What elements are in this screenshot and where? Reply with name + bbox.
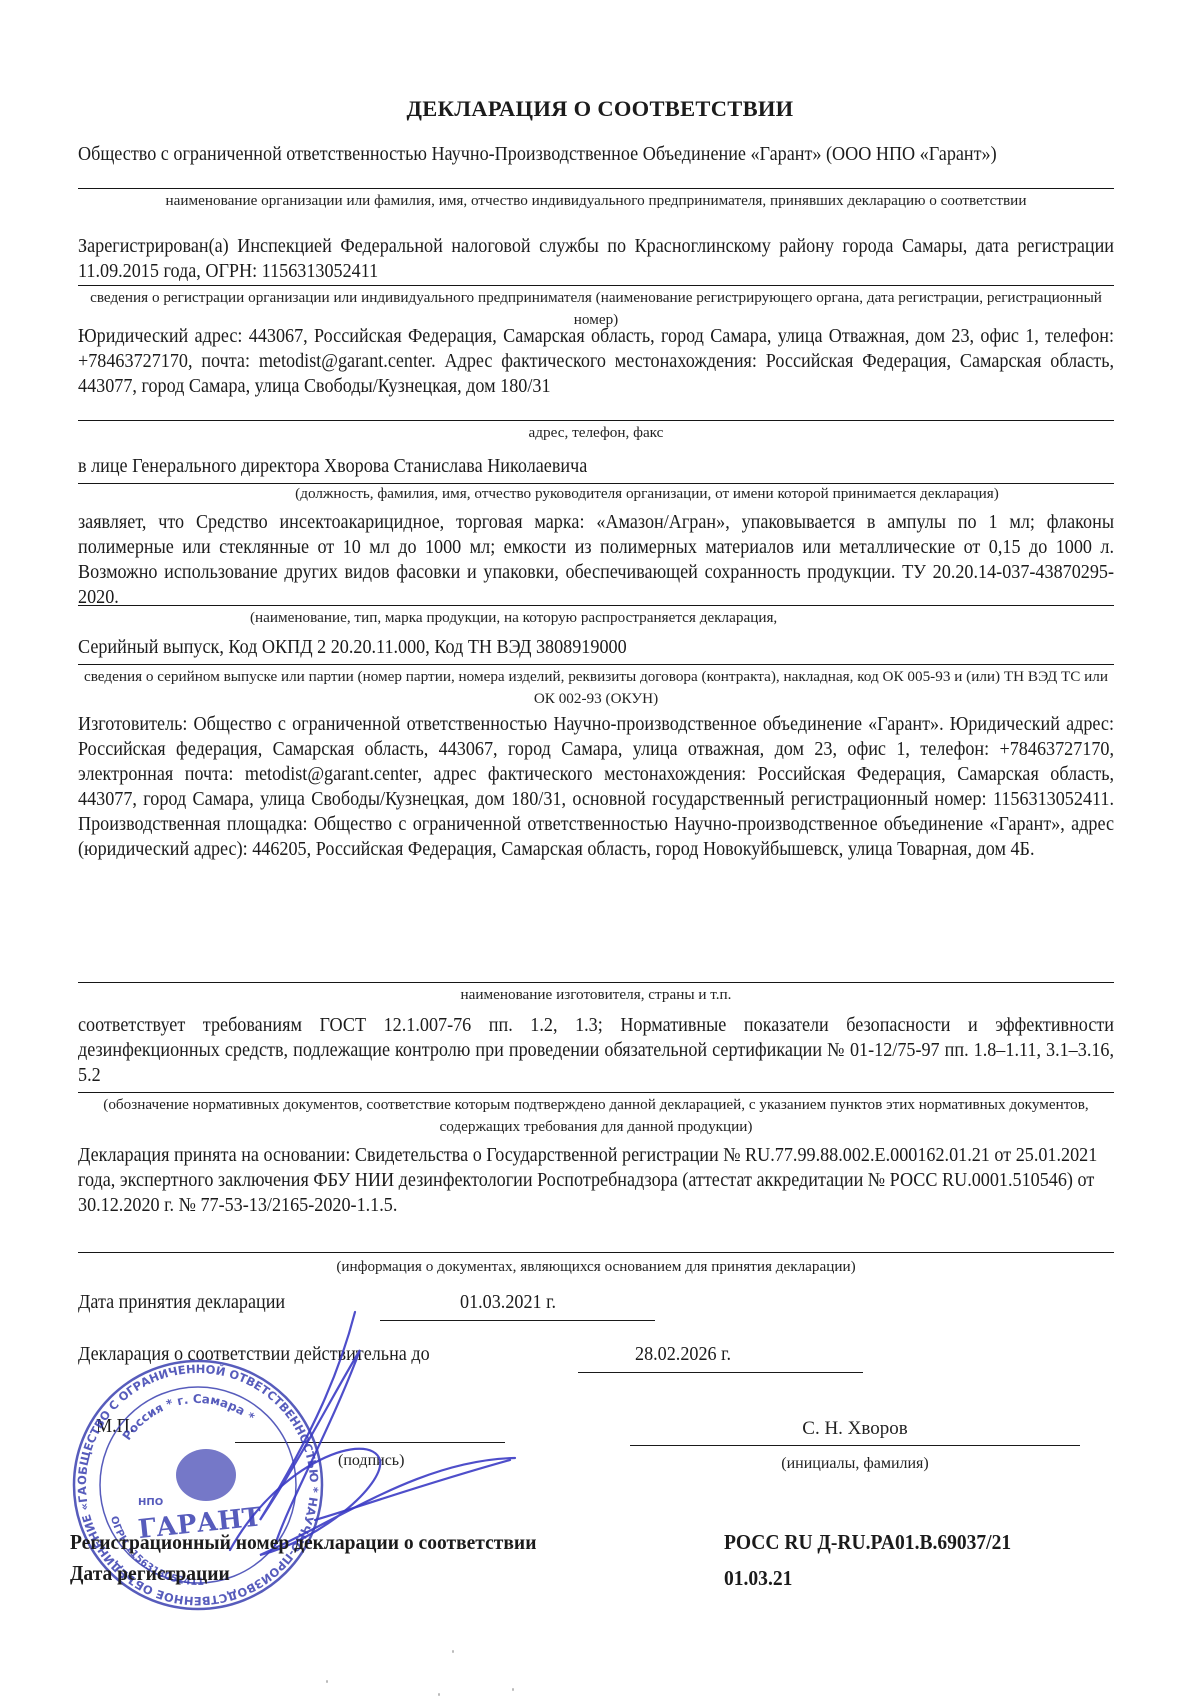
serial-text: Серийный выпуск, Код ОКПД 2 20.20.11.000…: [78, 637, 627, 659]
basis-rule: [78, 1252, 1114, 1253]
registration-text: Зарегистрирован(а) Инспекцией Федерально…: [78, 234, 1114, 284]
basis-text: Декларация принята на основании: Свидете…: [78, 1143, 1114, 1218]
signer-name: С. Н. Хворов: [630, 1418, 1080, 1440]
declaration-page: ДЕКЛАРАЦИЯ О СООТВЕТСТВИИ Общество с огр…: [0, 0, 1200, 1702]
manufacturer-rule: [78, 982, 1114, 983]
accepted-date-value: 01.03.2021 г.: [460, 1292, 556, 1314]
serial-caption: сведения о серийном выпуске или партии (…: [78, 666, 1114, 710]
signature-rule: [235, 1442, 505, 1443]
svg-text:НПО: НПО: [138, 1497, 163, 1508]
address-text: Юридический адрес: 443067, Российская Фе…: [78, 324, 1114, 399]
manufacturer-caption: наименование изготовителя, страны и т.п.: [78, 984, 1114, 1006]
representative-prefix: в лице: [78, 456, 132, 477]
valid-until-value: 28.02.2026 г.: [635, 1344, 731, 1366]
registration-section: Зарегистрирован(а) Инспекцией Федерально…: [78, 234, 1114, 284]
standards-section: соответствует требованиям ГОСТ 12.1.007-…: [78, 1013, 1114, 1088]
valid-until-rule: [578, 1372, 863, 1373]
signer-rule: [630, 1445, 1080, 1446]
scan-artifact: [326, 1680, 328, 1683]
address-caption: адрес, телефон, факс: [78, 422, 1114, 444]
accepted-date-label: Дата принятия декларации: [78, 1292, 285, 1314]
applicant-text: Общество с ограниченной ответственностью…: [78, 142, 1114, 167]
product-text: заявляет, что Средство инсектоакарицидно…: [78, 510, 1114, 610]
accepted-date-rule: [380, 1320, 655, 1321]
representative-text: Генерального директора Хворова Станислав…: [132, 456, 587, 477]
representative-line: в лице Генерального директора Хворова Ст…: [78, 456, 587, 478]
standards-text: соответствует требованиям ГОСТ 12.1.007-…: [78, 1013, 1114, 1088]
registration-date-label: Дата регистрации: [70, 1561, 230, 1586]
scan-artifact: [452, 1650, 454, 1653]
basis-section: Декларация принята на основании: Свидете…: [78, 1143, 1114, 1218]
product-section: заявляет, что Средство инсектоакарицидно…: [78, 510, 1114, 610]
product-rule: [78, 605, 1114, 606]
standards-rule: [78, 1092, 1114, 1093]
standards-caption: (обозначение нормативных документов, соо…: [78, 1094, 1114, 1138]
applicant-rule: [78, 188, 1114, 189]
registration-rule: [78, 285, 1114, 286]
registration-number-label: Регистрационный номер декларации о соотв…: [70, 1530, 536, 1555]
applicant-section: Общество с ограниченной ответственностью…: [78, 142, 1114, 167]
page-title: ДЕКЛАРАЦИЯ О СООТВЕТСТВИИ: [0, 96, 1200, 122]
registration-date-value: 01.03.21: [724, 1566, 792, 1591]
scan-artifact: [438, 1693, 440, 1696]
scan-artifact: [512, 1688, 514, 1691]
product-caption: (наименование, тип, марка продукции, на …: [250, 607, 950, 629]
address-rule: [78, 420, 1114, 421]
applicant-caption: наименование организации или фамилия, им…: [78, 190, 1114, 212]
registration-number-value: РОСС RU Д-RU.PA01.B.69037/21: [724, 1530, 1011, 1555]
representative-caption: (должность, фамилия, имя, отчество руков…: [180, 483, 1114, 505]
stamp-mark-label: М.П.: [96, 1416, 134, 1438]
manufacturer-section: Изготовитель: Общество с ограниченной от…: [78, 712, 1114, 862]
manufacturer-text: Изготовитель: Общество с ограниченной от…: [78, 712, 1114, 862]
valid-until-label: Декларация о соответствии действительна …: [78, 1344, 430, 1366]
serial-rule: [78, 664, 1114, 665]
address-section: Юридический адрес: 443067, Российская Фе…: [78, 324, 1114, 399]
svg-text:Россия * г. Самара *: Россия * г. Самара *: [120, 1392, 258, 1443]
signature-caption: (подпись): [338, 1450, 428, 1472]
signer-caption: (инициалы, фамилия): [630, 1453, 1080, 1475]
basis-caption: (информация о документах, являющихся осн…: [78, 1256, 1114, 1278]
